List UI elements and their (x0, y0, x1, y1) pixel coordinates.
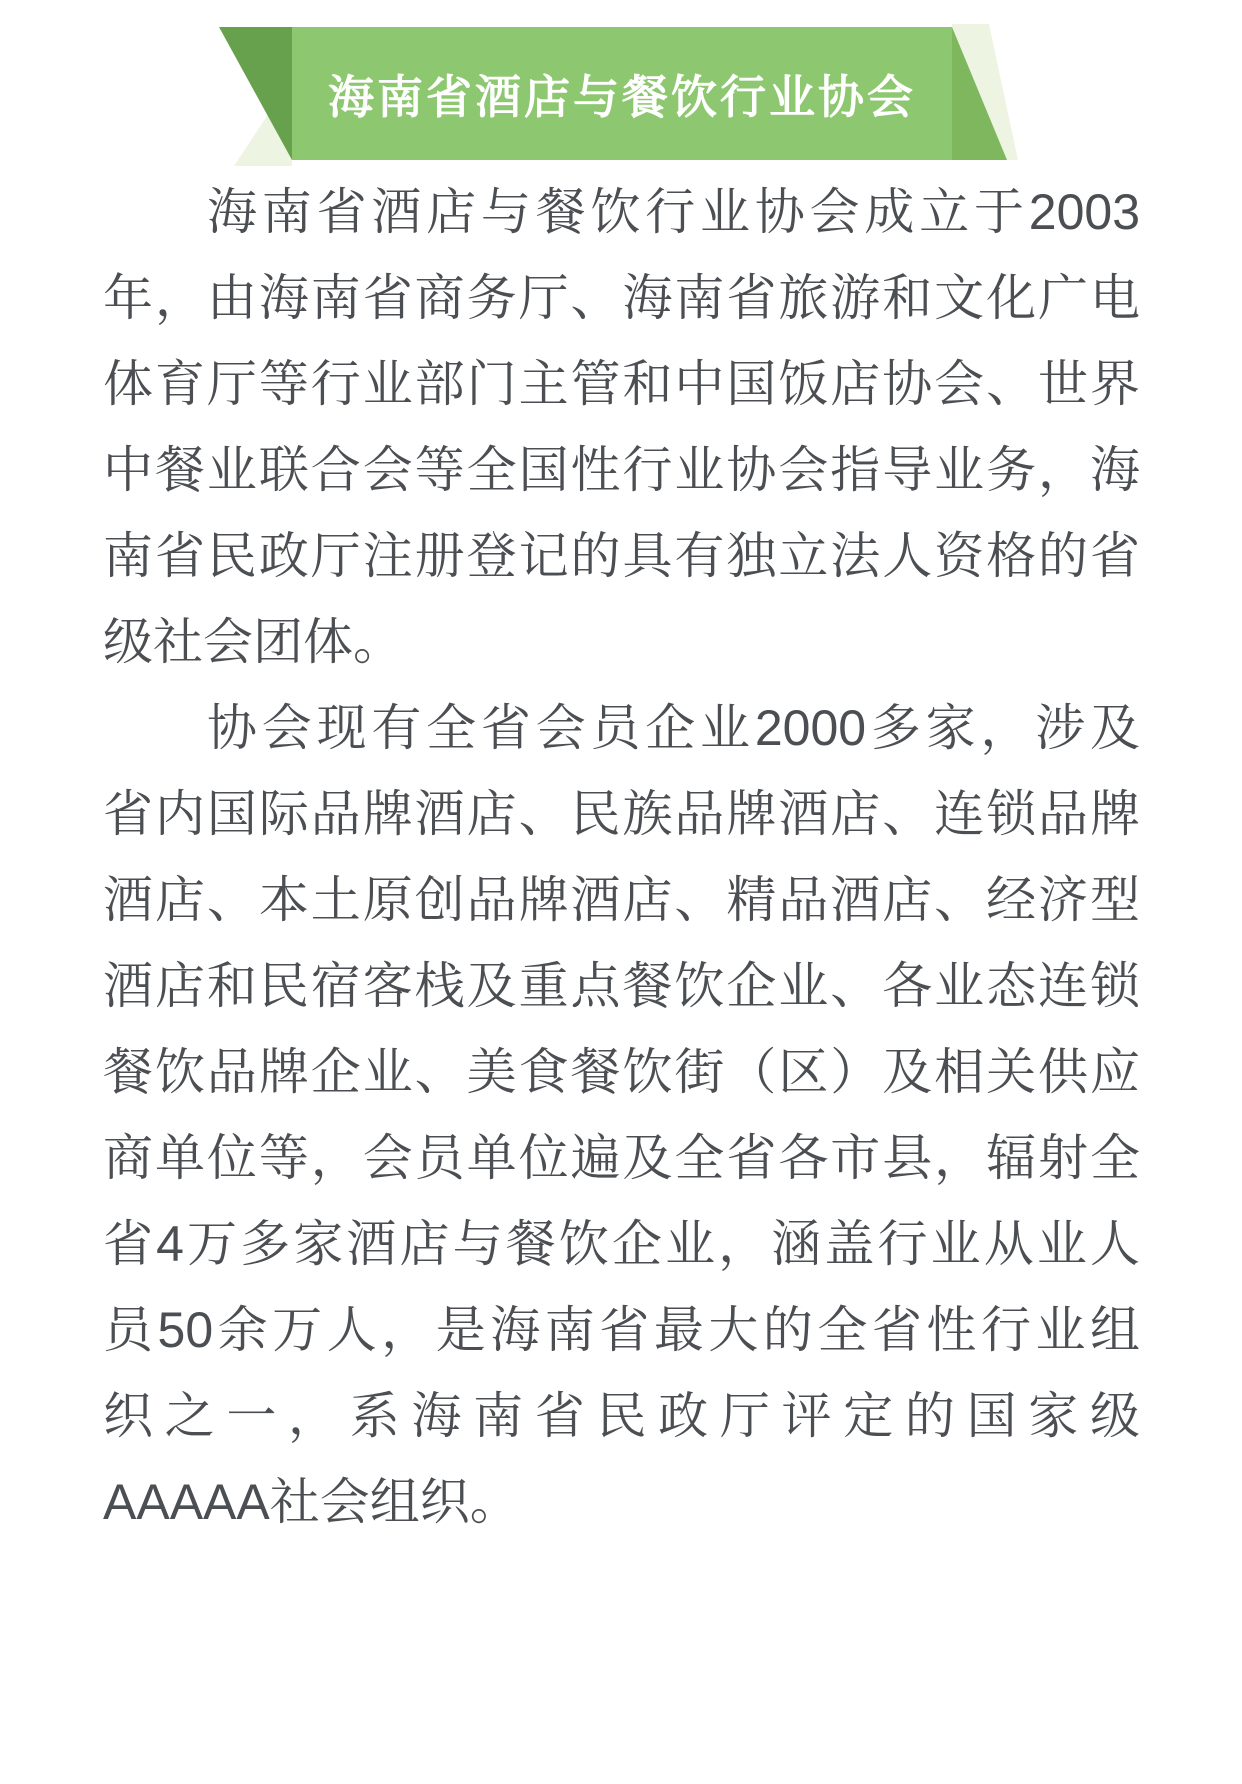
text-line: 酒店、本土原创品牌酒店、精品酒店、经济型 (103, 857, 1140, 943)
article-page: 海南省酒店与餐饮行业协会 海南省酒店与餐饮行业协会成立于2003年，由海南省商务… (0, 0, 1242, 1784)
text-line: 餐饮品牌企业、美食餐饮街（区）及相关供应 (103, 1029, 1140, 1115)
text-line: 酒店和民宿客栈及重点餐饮企业、各业态连锁 (103, 943, 1140, 1029)
text-line: 商单位等，会员单位遍及全省各市县，辐射全 (103, 1115, 1140, 1201)
banner: 海南省酒店与餐饮行业协会 (0, 0, 1242, 170)
text-line: 年，由海南省商务厅、海南省旅游和文化广电 (103, 255, 1140, 341)
text-line: 中餐业联合会等全国性行业协会指导业务，海 (103, 427, 1140, 513)
article-body: 海南省酒店与餐饮行业协会成立于2003年，由海南省商务厅、海南省旅游和文化广电体… (103, 169, 1140, 1545)
text-line: 员50余万人，是海南省最大的全省性行业组 (103, 1287, 1140, 1373)
text-line: AAAAA社会组织。 (103, 1459, 1140, 1545)
text-line: 协会现有全省会员企业2000多家，涉及 (103, 685, 1140, 771)
text-line: 省内国际品牌酒店、民族品牌酒店、连锁品牌 (103, 771, 1140, 857)
banner-title-bar: 海南省酒店与餐饮行业协会 (292, 27, 952, 160)
text-line: 南省民政厅注册登记的具有独立法人资格的省 (103, 513, 1140, 599)
text-line: 织之一，系海南省民政厅评定的国家级 (103, 1373, 1140, 1459)
text-line: 级社会团体。 (103, 599, 1140, 685)
banner-title: 海南省酒店与餐饮行业协会 (328, 61, 916, 127)
text-line: 省4万多家酒店与餐饮企业，涵盖行业从业人 (103, 1201, 1140, 1287)
text-line: 体育厅等行业部门主管和中国饭店协会、世界 (103, 341, 1140, 427)
text-line: 海南省酒店与餐饮行业协会成立于2003 (103, 169, 1140, 255)
